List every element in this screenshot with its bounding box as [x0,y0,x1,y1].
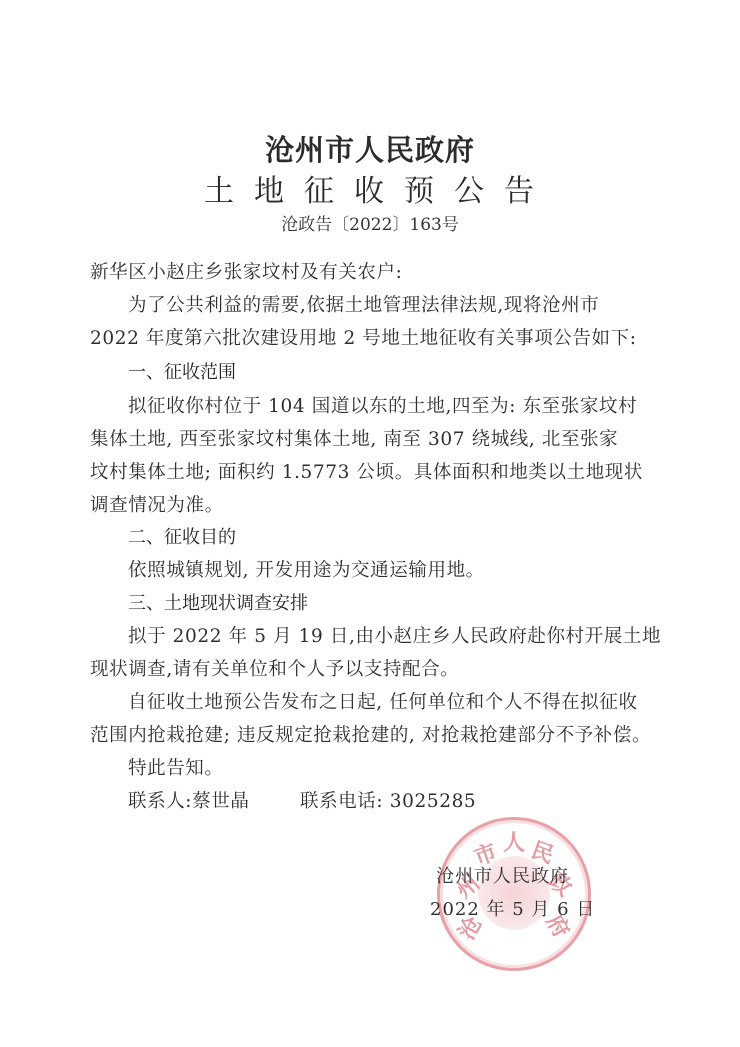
scope-line-2: 集体土地, 西至张家坟村集体土地, 南至 307 绕城线, 北至张家 [90,425,618,451]
addressee: 新华区小赵庄乡张家坟村及有关农户: [90,258,402,284]
survey-line-1: 拟于 2022 年 5 月 19 日,由小赵庄乡人民政府赴你村开展土地 [128,622,661,648]
issuer-title: 沧州市人民政府 [0,128,740,169]
survey-line-2: 现状调查,请有关单位和个人予以支持配合。 [90,655,459,681]
seal-char: 人 [503,826,525,857]
contact-phone: 联系电话: 3025285 [300,787,476,813]
notice-line-2: 范围内抢栽抢建; 违反规定抢栽抢建的, 对抢栽抢建部分不予补偿。 [90,721,651,747]
notice-line-1: 自征收土地预公告发布之日起, 任何单位和个人不得在拟征收 [128,688,638,714]
closing-text: 特此告知。 [128,754,224,780]
section-heading-purpose: 二、征收目的 [128,523,236,549]
official-seal: 沧 州 市 人 民 政 府 [437,817,591,971]
signature-issuer: 沧州市人民政府 [436,862,569,888]
scope-line-3: 坟村集体土地; 面积约 1.5773 公顷。具体面积和地类以土地现状 [90,458,643,484]
scope-line-1: 拟征收你村位于 104 国道以东的土地,四至为: 东至张家坟村 [128,392,637,418]
document-number: 沧政告〔2022〕163号 [0,210,740,235]
purpose-line-1: 依照城镇规划, 开发用途为交通运输用地。 [128,556,485,582]
signature-date: 2022 年 5 月 6 日 [430,895,595,921]
intro-line-2: 2022 年度第六批次建设用地 2 号地土地征收有关事项公告如下: [90,324,637,350]
scope-line-4: 调查情况为准。 [90,491,224,517]
section-heading-scope: 一、征收范围 [128,358,236,384]
intro-line-1: 为了公共利益的需要,依据土地管理法律法规,现将沧州市 [128,291,599,317]
section-heading-survey: 三、土地现状调查安排 [128,589,308,615]
document-title: 土地征收预公告 [0,166,740,210]
contact-person: 联系人:蔡世晶 [128,787,249,813]
